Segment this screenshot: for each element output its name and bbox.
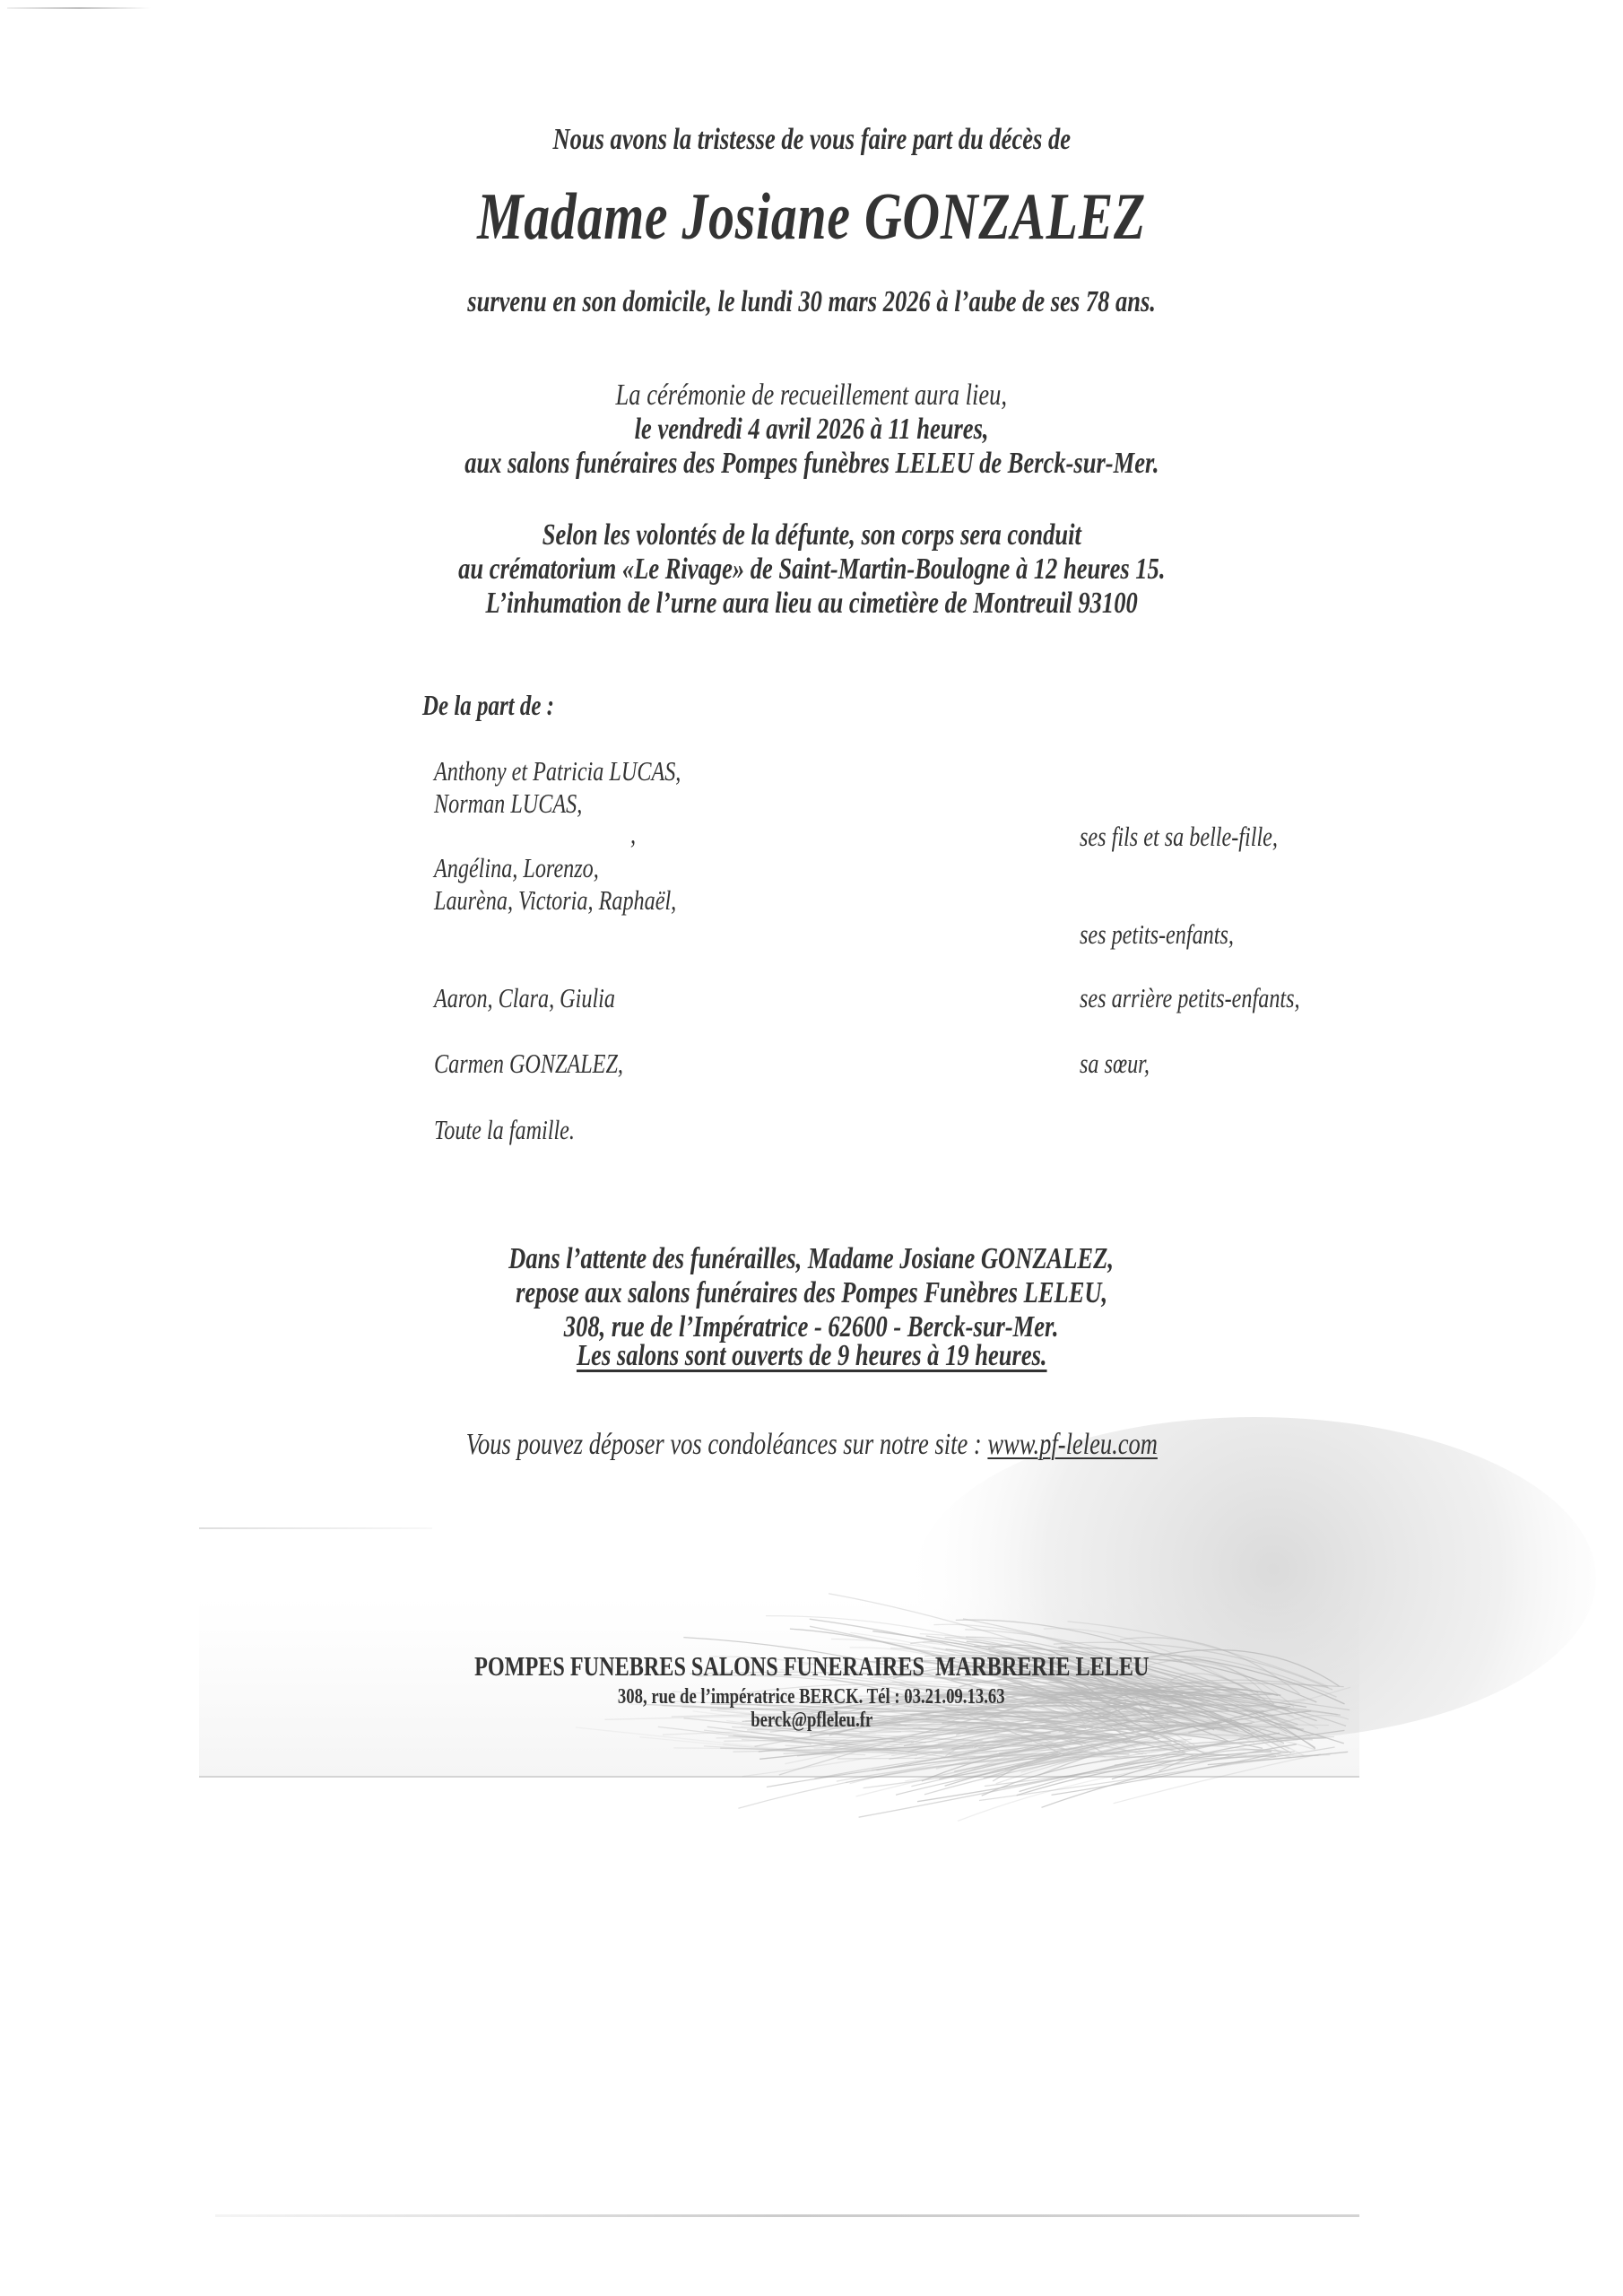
family-section: De la part de : Anthony et Patricia LUCA…: [0, 0, 1623, 1166]
opening-hours: Les salons sont ouverts de 9 heures à 19…: [0, 1339, 1623, 1373]
family-name: Aaron, Clara, Giulia: [434, 982, 666, 1014]
family-relation: ses petits-enfants,: [1080, 918, 1277, 951]
company-name-text: POMPES FUNEBRES SALONS FUNERAIRES MARBRE…: [474, 1650, 1149, 1683]
condolences-line: Vous pouvez déposer vos condoléances sur…: [0, 1428, 1623, 1462]
family-relation-text: sa sœur,: [1080, 1048, 1150, 1080]
family-name-text: Aaron, Clara, Giulia: [434, 982, 615, 1014]
family-name-text: Carmen GONZALEZ,: [434, 1048, 623, 1080]
family-name-text: Anthony et Patricia LUCAS,: [434, 755, 681, 787]
viewing-line-1: Dans l’attente des funérailles, Madame J…: [0, 1242, 1623, 1276]
website-link[interactable]: www.pf-leleu.com: [987, 1428, 1158, 1461]
viewing-text-1: Dans l’attente des funérailles, Madame J…: [509, 1242, 1115, 1276]
viewing-line-2: repose aux salons funéraires des Pompes …: [0, 1276, 1623, 1310]
family-name: ,: [630, 818, 638, 850]
company-name: POMPES FUNEBRES SALONS FUNERAIRES MARBRE…: [0, 1650, 1623, 1683]
family-name: Norman LUCAS,: [434, 787, 624, 820]
family-name-text: ,: [630, 818, 636, 850]
family-name-text: Angélina, Lorenzo,: [434, 852, 599, 884]
family-name: Laurèna, Victoria, Raphaël,: [434, 884, 744, 917]
company-address-text: 308, rue de l’impératrice BERCK. Tél : 0…: [618, 1685, 1005, 1709]
family-relation-text: ses fils et sa belle-fille,: [1080, 821, 1278, 853]
family-name-text: Laurèna, Victoria, Raphaël,: [434, 884, 676, 917]
condolences-text: Vous pouvez déposer vos condoléances sur…: [465, 1428, 987, 1461]
from-label-text: De la part de :: [422, 689, 554, 722]
company-address: 308, rue de l’impératrice BERCK. Tél : 0…: [0, 1685, 1623, 1709]
viewing-text-2: repose aux salons funéraires des Pompes …: [516, 1276, 1107, 1310]
family-relation-text: ses arrière petits-enfants,: [1080, 982, 1300, 1014]
family-name-text: Toute la famille.: [434, 1114, 575, 1146]
family-relation: ses fils et sa belle-fille,: [1080, 821, 1333, 853]
family-name: Carmen GONZALEZ,: [434, 1048, 676, 1080]
from-label: De la part de :: [422, 689, 591, 722]
family-relation: ses arrière petits-enfants,: [1080, 982, 1362, 1014]
opening-hours-text: Les salons sont ouverts de 9 heures à 19…: [577, 1339, 1047, 1373]
family-relation-text: ses petits-enfants,: [1080, 918, 1234, 951]
company-email[interactable]: berck@pfleleu.fr: [0, 1709, 1623, 1733]
scan-bottom-edge: [215, 2214, 1359, 2217]
family-relation: sa sœur,: [1080, 1048, 1169, 1080]
photo-edge-line: [199, 1527, 432, 1529]
family-name-text: Norman LUCAS,: [434, 787, 582, 820]
company-email-text[interactable]: berck@pfleleu.fr: [751, 1709, 872, 1733]
family-name: Angélina, Lorenzo,: [434, 852, 646, 884]
family-name: Anthony et Patricia LUCAS,: [434, 755, 751, 787]
obituary-page: Nous avons la tristesse de vous faire pa…: [0, 0, 1623, 2296]
family-name: Toute la famille.: [434, 1114, 614, 1146]
